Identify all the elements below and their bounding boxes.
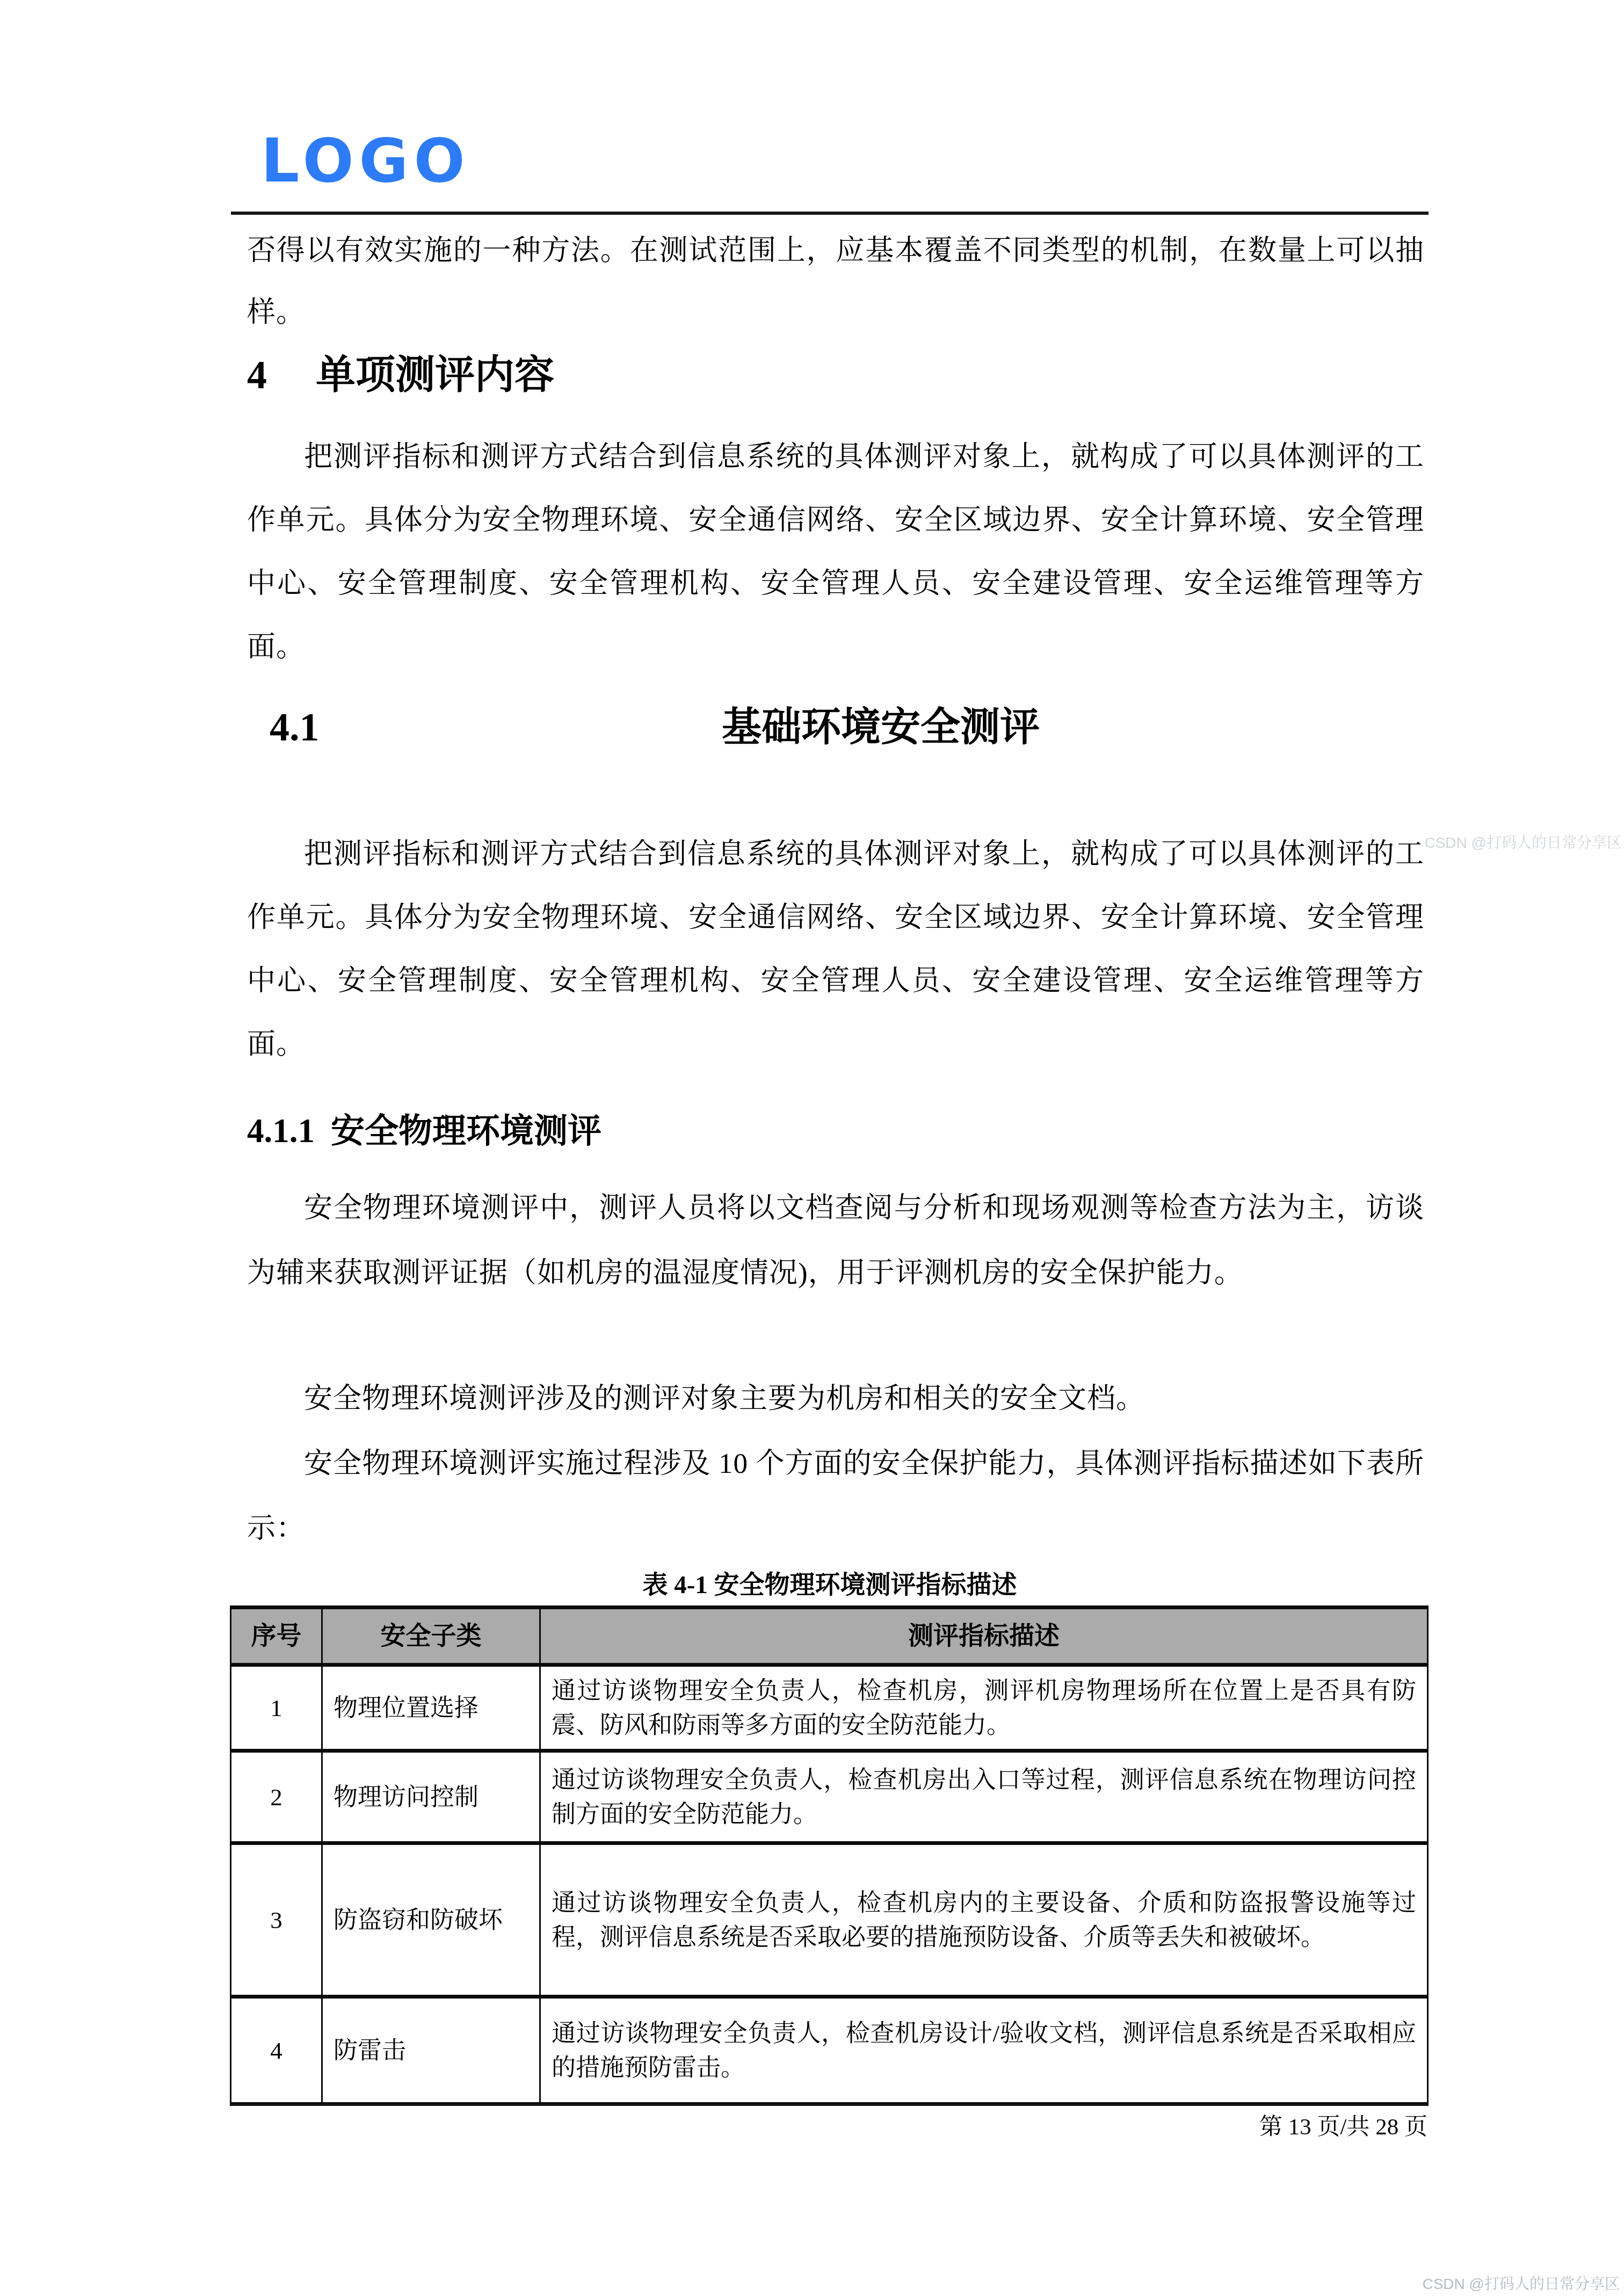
row-subclass: 物理访问控制 [322, 1751, 540, 1843]
section-4-1-1-paragraph-1: 安全物理环境测评中，测评人员将以文档查阅与分析和现场观测等检查方法为主，访谈为辅… [247, 1176, 1424, 1306]
section-4-heading: 4 单项测评内容 [247, 347, 1424, 404]
table-row: 2 物理访问控制 通过访谈物理安全负责人，检查机房出入口等过程，测评信息系统在物… [231, 1751, 1428, 1843]
row-desc: 通过访谈物理安全负责人，检查机房内的主要设备、介质和防盗报警设施等过程，测评信息… [540, 1843, 1428, 1997]
table-body: 1 物理位置选择 通过访谈物理安全负责人，检查机房，测评机房物理场所在位置上是否… [231, 1665, 1428, 2104]
section-4-1-title: 基础环境安全测评 [424, 699, 1337, 756]
row-desc: 通过访谈物理安全负责人，检查机房设计/验收文档，测评信息系统是否采取相应的措施预… [540, 1997, 1428, 2104]
section-4-1-1-title: 安全物理环境测评 [331, 1105, 601, 1157]
footer-divider [231, 2104, 1429, 2106]
row-subclass: 防雷击 [322, 1997, 540, 2104]
header-cell-subclass: 安全子类 [322, 1608, 540, 1665]
document-page: LOGO 否得以有效实施的一种方法。在测试范围上，应基本覆盖不同类型的机制，在数… [0, 0, 1624, 2296]
csdn-watermark-side: CSDN @打码人的日常分享区 [1424, 831, 1622, 853]
table-header-row: 序号 安全子类 测评指标描述 [231, 1608, 1428, 1665]
table-caption: 表 4-1 安全物理环境测评指标描述 [231, 1569, 1429, 1601]
csdn-watermark-bottom: CSDN @打码人的日常分享区 [1422, 2272, 1620, 2294]
section-4-number: 4 [247, 347, 316, 404]
row-no: 4 [231, 1997, 322, 2104]
row-desc: 通过访谈物理安全负责人，检查机房出入口等过程，测评信息系统在物理访问控制方面的安… [540, 1751, 1428, 1843]
row-no: 2 [231, 1751, 322, 1843]
row-no: 1 [231, 1665, 322, 1751]
header-divider [231, 212, 1429, 215]
page-number: 第 13 页/共 28 页 [231, 2110, 1427, 2145]
intro-paragraph: 否得以有效实施的一种方法。在测试范围上，应基本覆盖不同类型的机制，在数量上可以抽… [247, 220, 1424, 344]
table-row: 3 防盗窃和防破坏 通过访谈物理安全负责人，检查机房内的主要设备、介质和防盗报警… [231, 1843, 1428, 1997]
section-4-1-number: 4.1 [270, 699, 320, 756]
section-4-1-paragraph: 把测评指标和测评方式结合到信息系统的具体测评对象上，就构成了可以具体测评的工作单… [247, 823, 1424, 1076]
row-no: 3 [231, 1843, 322, 1997]
section-4-1-1-paragraph-3: 安全物理环境测评实施过程涉及 10 个方面的安全保护能力，具体测评指标描述如下表… [247, 1432, 1424, 1561]
section-4-1-1-number: 4.1.1 [247, 1105, 315, 1157]
row-desc: 通过访谈物理安全负责人，检查机房，测评机房物理场所在位置上是否具有防震、防风和防… [540, 1665, 1428, 1751]
section-4-paragraph: 把测评指标和测评方式结合到信息系统的具体测评对象上，就构成了可以具体测评的工作单… [247, 425, 1424, 679]
header-cell-no: 序号 [231, 1608, 322, 1665]
table-row: 1 物理位置选择 通过访谈物理安全负责人，检查机房，测评机房物理场所在位置上是否… [231, 1665, 1428, 1751]
table-row: 4 防雷击 通过访谈物理安全负责人，检查机房设计/验收文档，测评信息系统是否采取… [231, 1997, 1428, 2104]
row-subclass: 物理位置选择 [322, 1665, 540, 1751]
section-4-1-1-paragraph-2: 安全物理环境测评涉及的测评对象主要为机房和相关的安全文档。 [247, 1367, 1424, 1432]
section-4-1-1-heading: 4.1.1 安全物理环境测评 [247, 1105, 1424, 1157]
header-cell-desc: 测评指标描述 [540, 1608, 1428, 1665]
indicator-table: 序号 安全子类 测评指标描述 1 物理位置选择 通过访谈物理安全负责人，检查机房… [230, 1605, 1429, 2106]
row-subclass: 防盗窃和防破坏 [322, 1843, 540, 1997]
section-4-title: 单项测评内容 [316, 347, 554, 404]
company-logo: LOGO [261, 129, 470, 193]
